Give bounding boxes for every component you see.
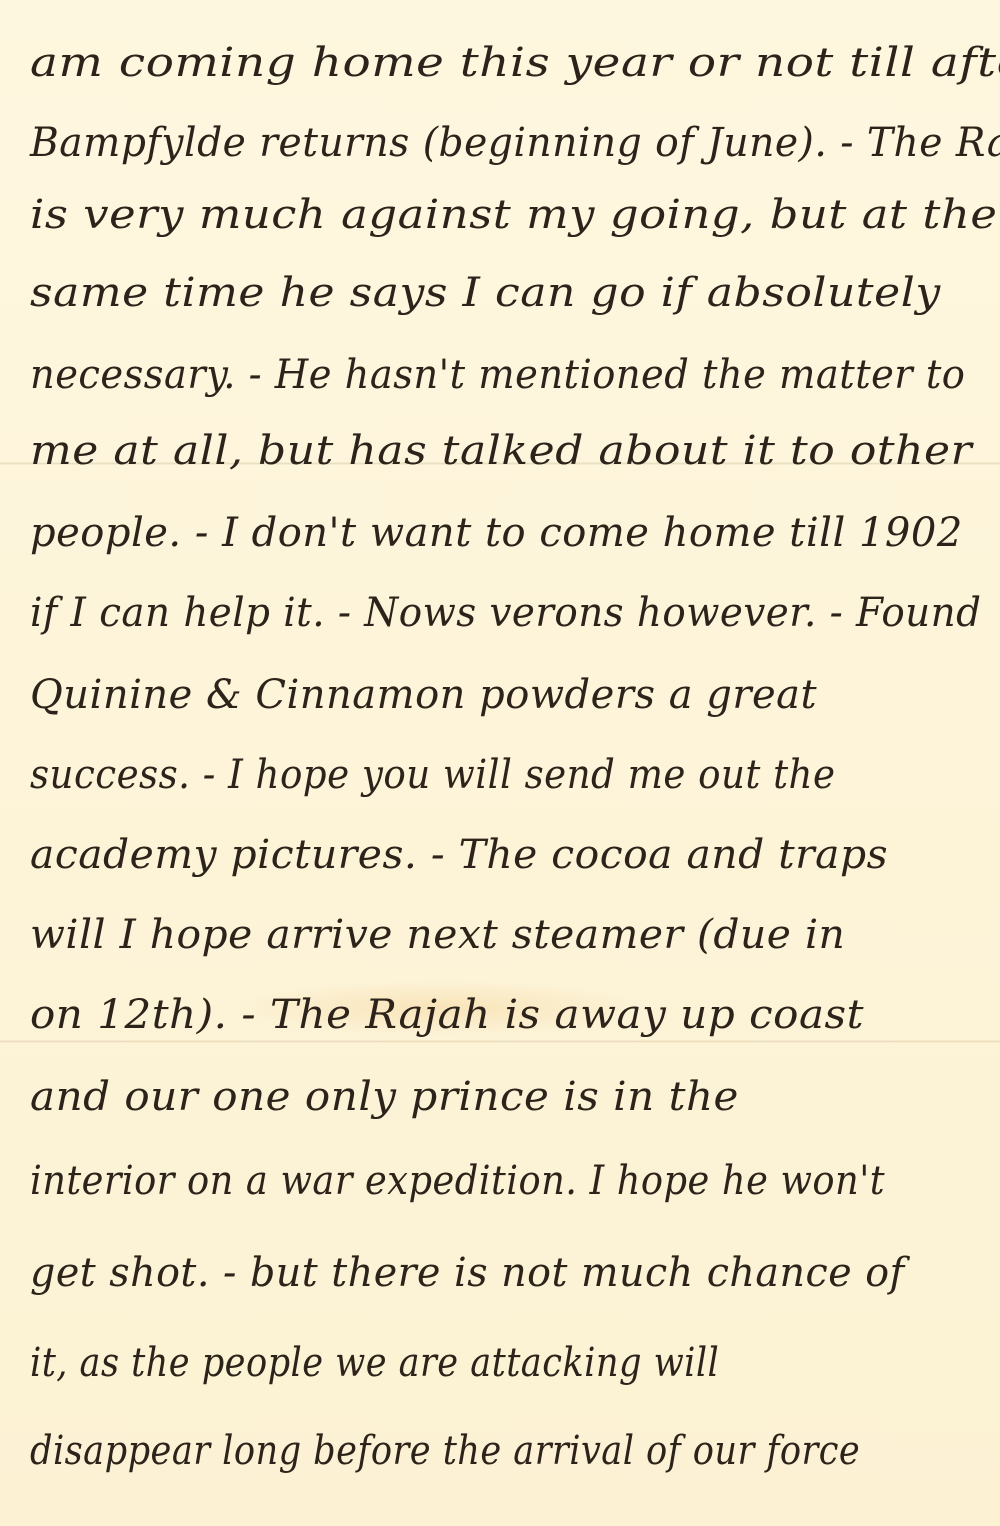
letter-line: get shot. - but there is not much chance… [30, 1250, 905, 1296]
letter-line: me at all, but has talked about it to ot… [30, 428, 972, 474]
letter-line: and our one only prince is in the [30, 1074, 739, 1120]
letter-line: necessary. - He hasn't mentioned the mat… [30, 352, 965, 398]
letter-line: people. - I don't want to come home till… [30, 510, 963, 556]
letter-line: interior on a war expedition. I hope he … [30, 1158, 885, 1204]
letter-line: Bampfylde returns (beginning of June). -… [30, 120, 1000, 166]
letter-line: it, as the people we are attacking will [30, 1340, 719, 1386]
letter-line: is very much against my going, but at th… [30, 192, 997, 238]
letter-line: on 12th). - The Rajah is away up coast [30, 992, 864, 1038]
paper-fold-line [0, 1040, 1000, 1043]
letter-line: if I can help it. - Nows verons however.… [30, 590, 981, 636]
letter-line: am coming home this year or not till aft… [30, 40, 1000, 86]
letter-page: am coming home this year or not till aft… [0, 0, 1000, 1526]
letter-line: same time he says I can go if absolutely [30, 270, 941, 316]
letter-line: disappear long before the arrival of our… [30, 1428, 860, 1474]
letter-line: will I hope arrive next steamer (due in [30, 912, 845, 958]
letter-line: academy pictures. - The cocoa and traps [30, 832, 888, 878]
letter-line: Quinine & Cinnamon powders a great [30, 672, 817, 718]
letter-line: success. - I hope you will send me out t… [30, 752, 835, 798]
